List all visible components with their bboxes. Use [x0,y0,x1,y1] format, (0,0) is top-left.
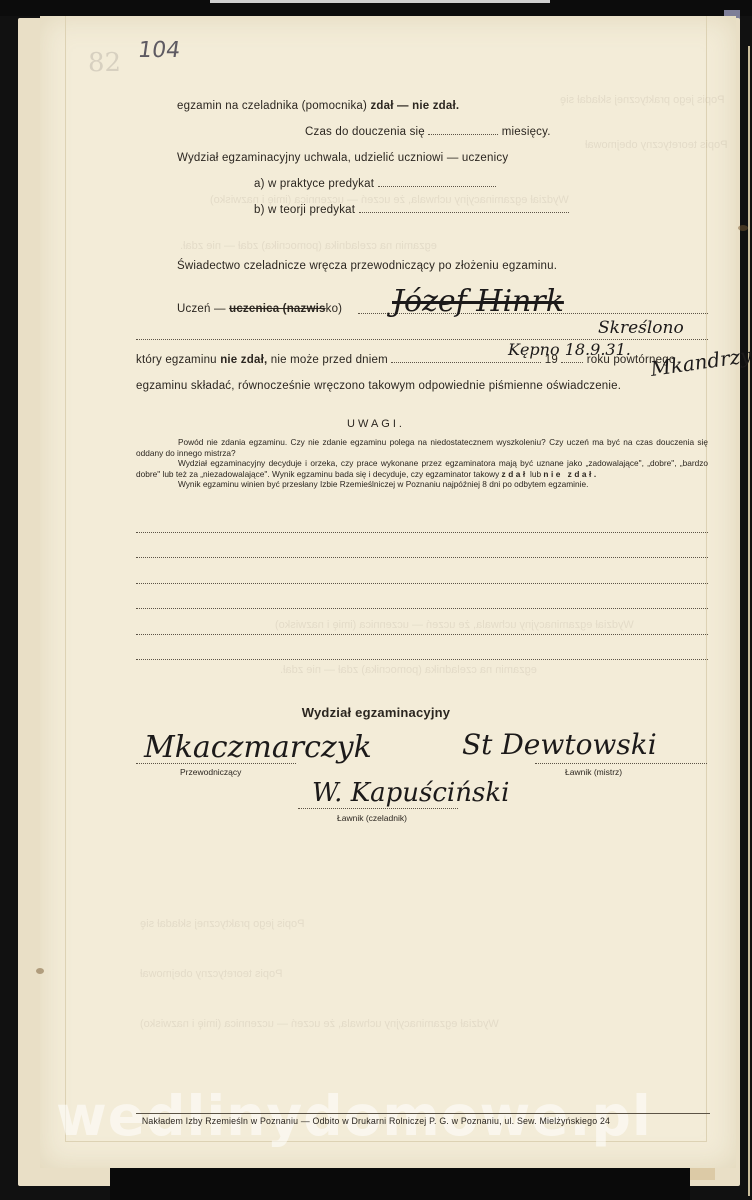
page-spine [748,46,750,1196]
printer-imprint: Nakładem Izby Rzemieśln w Poznaniu — Odb… [0,1116,752,1126]
retake-year-field[interactable] [561,362,583,363]
chairman-signature-line[interactable] [136,763,296,764]
pencil-margin-note: 82 [88,48,121,78]
remarks-paragraph: Wynik egzaminu winien być przesłany Izbi… [136,479,708,490]
result-prefix: egzamin na czeladnika (pomocnika) [177,100,367,112]
spaced-fail: nie zdał. [543,469,598,479]
scan-light-strip [210,0,550,3]
committee-resolution: Wydział egzaminacyjny uchwala, udzielić … [177,152,508,164]
apprentice-label: Uczeń — uczenica (nazwisko) [177,303,342,315]
failed-prefix: który egzaminu [136,354,217,366]
bleed-through-text: Popis teoretyczny obejmował [585,139,727,151]
bleed-through-text: egzamin na czeladnika (pomocnika) zdał —… [280,664,537,676]
chairman-label: Przewodniczący [180,767,241,777]
grade-practice-field[interactable] [378,186,496,187]
retraining-suffix: miesięcy. [502,126,551,138]
bleed-through-text: Popis jego praktycznej składał się [560,94,724,106]
failed-middle: nie może przed dniem [271,354,388,366]
grade-theory-field[interactable] [359,212,569,213]
handwritten-struck-note: Skreślono [598,318,684,338]
bleed-through-text: Wydział egzaminacyjny uchwala, że uczeń … [275,619,634,631]
apprentice-prefix: Uczeń — [177,303,226,315]
failed-bold: nie zdał, [220,354,267,366]
grade-theory-line: b) w teorji predykat [254,204,569,216]
remarks-paragraph-text: Wydział egzaminacyjny decyduje i orzeka,… [136,458,708,479]
footer-rule [136,1113,710,1114]
remarks-text: Powód nie zdania egzaminu. Czy nie zdani… [136,437,708,490]
master-juror-label: Ławnik (mistrz) [565,767,622,777]
remarks-line[interactable] [136,608,708,609]
journeyman-juror-signature-line[interactable] [298,808,458,809]
committee-title: Wydział egzaminacyjny [0,705,752,720]
paper-stain [738,225,748,231]
remarks-line[interactable] [136,659,708,660]
bleed-through-text: Popis teoretyczny obejmował [140,968,282,980]
spaced-pass: zdał [502,469,528,479]
master-juror-signature-line[interactable] [535,763,707,764]
handwritten-apprentice-name: Józef Hinrk [392,284,564,319]
remarks-title: UWAGI. [0,418,752,430]
bleed-through-text: Wydział egzaminacyjny uchwala, że uczeń … [140,1018,499,1030]
paper-stain [36,968,44,974]
scan-top-edge [0,0,752,16]
spaced-or: lub [530,469,541,479]
grade-practice-label: a) w praktyce predykat [254,178,374,190]
bleed-through-text: Popis jego praktycznej składał się [140,918,304,930]
struck-female-label: uczenica (nazwis [229,303,326,315]
remarks-line[interactable] [136,557,708,558]
signature-master-juror: St Dewtowski [462,728,657,761]
signature-chairman: Mkaczmarczyk [144,730,372,765]
grade-practice-line: a) w praktyce predykat [254,178,496,190]
retake-date-field[interactable] [391,362,541,363]
retraining-line: Czas do douczenia się miesięcy. [305,126,551,138]
remarks-paragraph: Wydział egzaminacyjny decyduje i orzeka,… [136,458,708,479]
handwritten-place-date: Kępno 18.9.31. [508,340,631,359]
grade-theory-label: b) w teorji predykat [254,204,355,216]
apprentice-suffix: ko) [326,303,343,315]
exam-result-line: egzamin na czeladnika (pomocnika) zdał —… [177,100,459,112]
journeyman-juror-label: Ławnik (czeladnik) [337,813,407,823]
remarks-line[interactable] [136,634,708,635]
retraining-label: Czas do douczenia się [305,126,425,138]
certificate-note: Świadectwo czeladnicze wręcza przewodnic… [177,260,557,272]
bleed-through-text: egzamin na czeladnika (pomocnika) zdał —… [180,240,437,252]
retraining-months-field[interactable] [428,134,498,135]
result-options: zdał — nie zdał. [370,100,459,112]
scan-bottom-edge [110,1168,690,1200]
remarks-line[interactable] [136,532,708,533]
failed-line-2: egzaminu składać, równocześnie wręczono … [136,380,621,392]
remarks-paragraph: Powód nie zdania egzaminu. Czy nie zdani… [136,437,708,458]
page-number: 104 [136,38,182,63]
signature-journeyman-juror: W. Kapuściński [312,778,509,808]
remarks-line[interactable] [136,583,708,584]
